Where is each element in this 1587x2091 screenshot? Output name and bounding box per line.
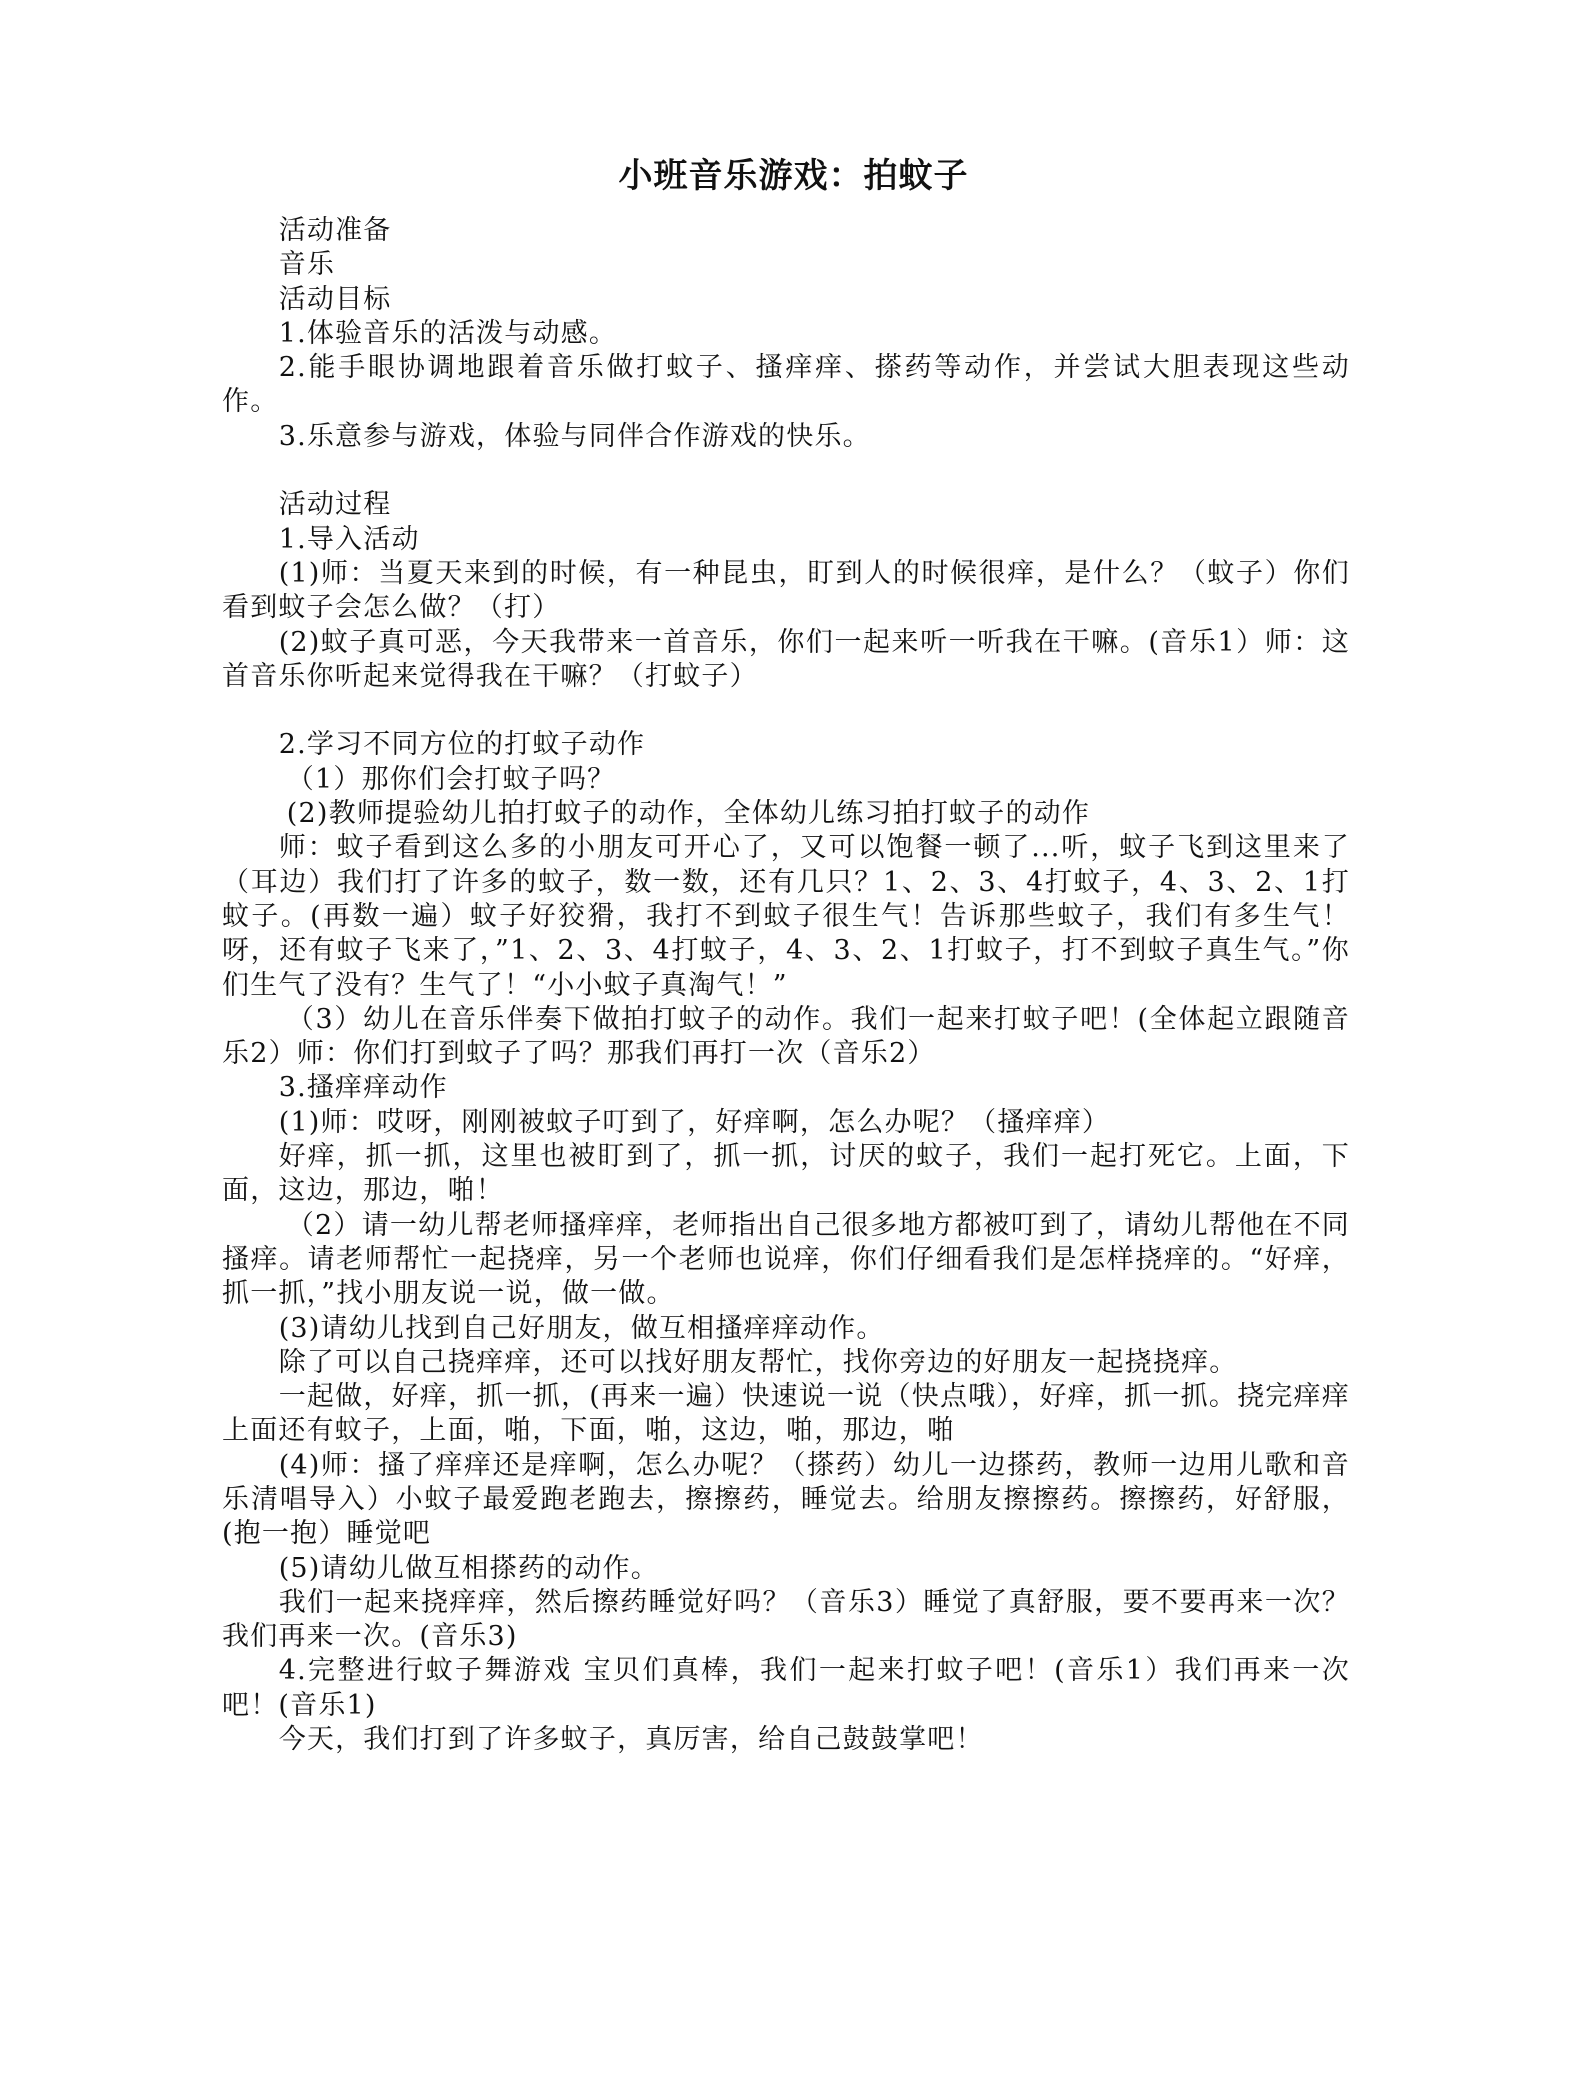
- step-3-paragraph-9: 我们一起来挠痒痒，然后擦药睡觉好吗？（音乐3）睡觉了真舒服，要不要再来一次？我们…: [222, 1586, 1350, 1655]
- step-3-paragraph-5: 除了可以自己挠痒痒，还可以找好朋友帮忙，找你旁边的好朋友一起挠挠痒。: [222, 1346, 1350, 1380]
- preparation-item-music: 音乐: [222, 248, 1350, 282]
- goal-item-2: 2.能手眼协调地跟着音乐做打蚊子、搔痒痒、搽药等动作，并尝试大胆表现这些动作。: [222, 351, 1350, 420]
- step-1-paragraph-2: (2)蚊子真可恶，今天我带来一首音乐，你们一起来听一听我在干嘛。(音乐1）师：这…: [222, 626, 1350, 695]
- section-heading-process: 活动过程: [222, 488, 1350, 522]
- step-2-paragraph-2: (2)教师提验幼儿拍打蚊子的动作，全体幼儿练习拍打蚊子的动作: [222, 797, 1350, 831]
- document-body: 活动准备 音乐 活动目标 1.体验音乐的活泼与动感。 2.能手眼协调地跟着音乐做…: [222, 214, 1350, 1757]
- step-4-heading: 4.完整进行蚊子舞游戏 宝贝们真棒，我们一起来打蚊子吧！(音乐1）我们再来一次吧…: [222, 1654, 1350, 1723]
- step-3-paragraph-6: 一起做，好痒，抓一抓，(再来一遍）快速说一说（快点哦），好痒，抓一抓。挠完痒痒上…: [222, 1380, 1350, 1449]
- blank-line: [222, 694, 1350, 728]
- step-3-paragraph-4: (3)请幼儿找到自己好朋友，做互相搔痒痒动作。: [222, 1312, 1350, 1346]
- step-2-paragraph-3: 师：蚊子看到这么多的小朋友可开心了，又可以饱餐一顿了...听，蚊子飞到这里来了（…: [222, 831, 1350, 1002]
- goal-item-3: 3.乐意参与游戏，体验与同伴合作游戏的快乐。: [222, 420, 1350, 454]
- step-3-paragraph-2: 好痒，抓一抓，这里也被盯到了，抓一抓，讨厌的蚊子，我们一起打死它。上面，下面，这…: [222, 1140, 1350, 1209]
- step-3-paragraph-8: (5)请幼儿做互相搽药的动作。: [222, 1552, 1350, 1586]
- step-3-paragraph-3: （2）请一幼儿帮老师搔痒痒，老师指出自己很多地方都被叮到了，请幼儿帮他在不同搔痒…: [222, 1209, 1350, 1312]
- step-1-paragraph-1: (1)师：当夏天来到的时候，有一种昆虫，盯到人的时候很痒，是什么？（蚊子）你们看…: [222, 557, 1350, 626]
- goal-item-1: 1.体验音乐的活泼与动感。: [222, 317, 1350, 351]
- step-3-paragraph-7: (4)师：搔了痒痒还是痒啊，怎么办呢？（搽药）幼儿一边搽药，教师一边用儿歌和音乐…: [222, 1449, 1350, 1552]
- step-2-paragraph-4: （3）幼儿在音乐伴奏下做拍打蚊子的动作。我们一起来打蚊子吧！(全体起立跟随音乐2…: [222, 1003, 1350, 1072]
- document-title: 小班音乐游戏：拍蚊子: [0, 154, 1587, 198]
- section-heading-preparation: 活动准备: [222, 214, 1350, 248]
- blank-line: [222, 454, 1350, 488]
- step-3-heading: 3.搔痒痒动作: [222, 1071, 1350, 1105]
- step-1-heading: 1.导入活动: [222, 523, 1350, 557]
- step-3-paragraph-1: (1)师：哎呀，刚刚被蚊子叮到了，好痒啊，怎么办呢？（搔痒痒）: [222, 1106, 1350, 1140]
- step-2-heading: 2.学习不同方位的打蚊子动作: [222, 728, 1350, 762]
- step-2-paragraph-1: （1）那你们会打蚊子吗？: [222, 763, 1350, 797]
- document-page: 小班音乐游戏：拍蚊子 活动准备 音乐 活动目标 1.体验音乐的活泼与动感。 2.…: [0, 0, 1587, 2091]
- section-heading-goals: 活动目标: [222, 283, 1350, 317]
- closing-paragraph: 今天，我们打到了许多蚊子，真厉害，给自己鼓鼓掌吧！: [222, 1723, 1350, 1757]
